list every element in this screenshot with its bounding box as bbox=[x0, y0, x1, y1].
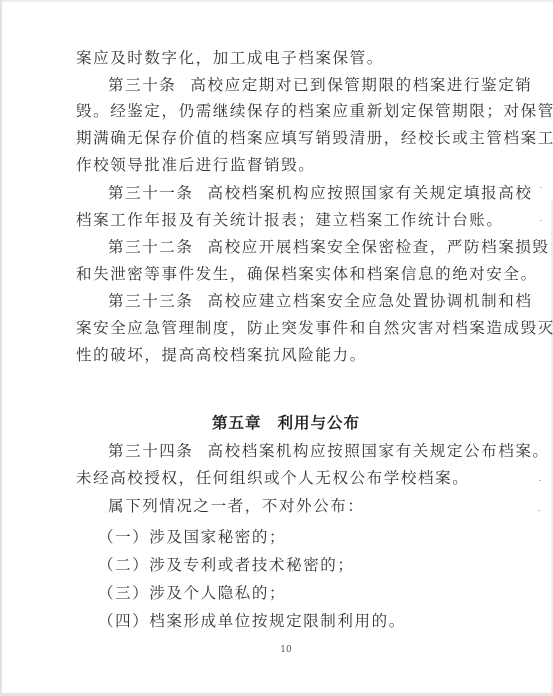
chapter-title: 利用与公布 bbox=[278, 414, 361, 432]
article-30-first-line: 第三十条高校应定期对已到保管期限的档案进行鉴定销 bbox=[108, 75, 532, 95]
article-31-first-line: 第三十一条高校档案机构应按照国家有关规定填报高校 bbox=[108, 183, 532, 203]
article-number: 第三十二条 bbox=[108, 238, 194, 256]
article-text: 高校应建立档案安全应急处置协调机制和档 bbox=[208, 292, 533, 310]
exception-item: （二）涉及专利或者技术秘密的； bbox=[98, 555, 355, 575]
article-text: 高校应开展档案安全保密检查，严防档案损毁 bbox=[208, 238, 550, 256]
left-edge bbox=[0, 0, 2, 696]
article-33-line: 性的破坏，提高高校档案抗风险能力。 bbox=[76, 345, 367, 365]
article-text: 高校档案机构应按照国家有关规定公布档案。 bbox=[208, 442, 550, 460]
article-30-line: 作校领导批准后进行监督销毁。 bbox=[76, 155, 315, 175]
article-34-line: 未经高校授权，任何组织或个人无权公布学校档案。 bbox=[76, 468, 469, 488]
exception-item: （一）涉及国家秘密的； bbox=[98, 527, 286, 547]
continuation-line: 案应及时数字化，加工成电子档案保管。 bbox=[76, 48, 384, 68]
exception-item: （四）档案形成单位按规定限制利用的。 bbox=[98, 611, 406, 631]
exception-item: （三）涉及个人隐私的； bbox=[98, 583, 286, 603]
chapter-heading: 第五章利用与公布 bbox=[76, 413, 496, 433]
article-34-first-line: 第三十四条高校档案机构应按照国家有关规定公布档案。 bbox=[108, 441, 550, 461]
scan-speck bbox=[540, 187, 542, 188]
article-number: 第三十一条 bbox=[108, 184, 194, 202]
scan-speck bbox=[538, 510, 540, 511]
article-number: 第三十四条 bbox=[108, 442, 194, 460]
article-number: 第三十三条 bbox=[108, 292, 194, 310]
chapter-number: 第五章 bbox=[212, 414, 262, 432]
article-30-line: 期满确无保存价值的档案应填写销毁清册，经校长或主管档案工 bbox=[76, 128, 553, 148]
exceptions-intro: 属下列情况之一者，不对外公布： bbox=[108, 496, 365, 516]
top-edge bbox=[0, 0, 553, 3]
scan-speck bbox=[540, 220, 542, 221]
article-number: 第三十条 bbox=[108, 76, 176, 94]
article-text: 高校应定期对已到保管期限的档案进行鉴定销 bbox=[190, 76, 532, 94]
article-33-line: 案安全应急管理制度，防止突发事件和自然灾害对档案造成毁灭 bbox=[76, 318, 553, 338]
article-32-line: 和失泄密等事件发生，确保档案实体和档案信息的绝对安全。 bbox=[76, 264, 538, 284]
article-32-first-line: 第三十二条高校应开展档案安全保密检查，严防档案损毁 bbox=[108, 237, 550, 257]
article-31-line: 档案工作年报及有关统计报表；建立档案工作统计台账。 bbox=[76, 210, 504, 230]
article-33-first-line: 第三十三条高校应建立档案安全应急处置协调机制和档 bbox=[108, 291, 532, 311]
page-number: 10 bbox=[76, 645, 496, 655]
article-30-line: 毁。经鉴定，仍需继续保存的档案应重新划定保管期限；对保管 bbox=[76, 101, 553, 121]
scan-speck bbox=[539, 480, 541, 481]
article-text: 高校档案机构应按照国家有关规定填报高校 bbox=[208, 184, 533, 202]
